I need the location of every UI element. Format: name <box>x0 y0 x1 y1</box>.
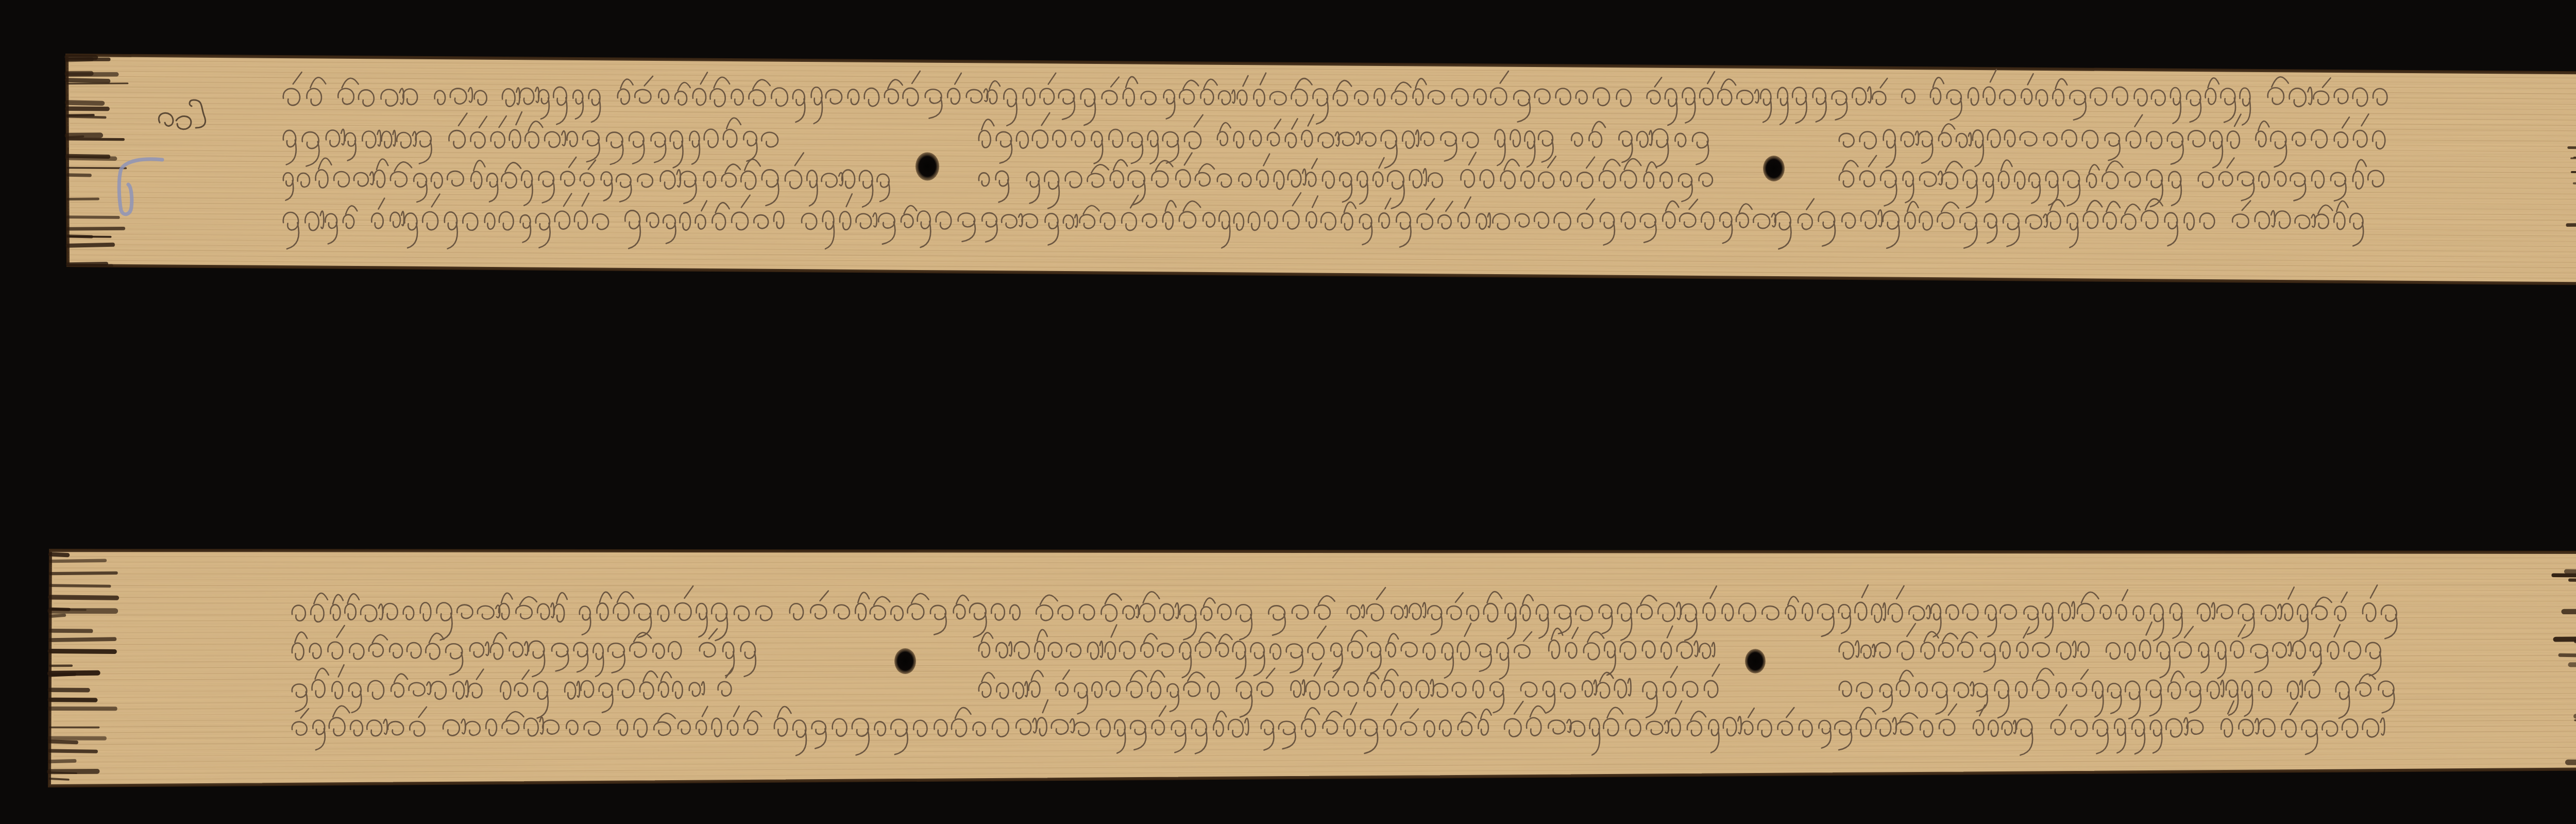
frayed-edge <box>50 673 98 674</box>
frayed-edge <box>67 83 128 84</box>
frayed-edge <box>67 137 83 137</box>
frayed-edge <box>2568 225 2576 225</box>
frayed-edge <box>2560 655 2576 656</box>
frayed-edge <box>67 175 90 175</box>
frayed-edge <box>2569 147 2576 148</box>
frayed-edge <box>67 103 102 103</box>
frayed-edge <box>68 265 112 265</box>
frayed-edge <box>50 639 114 640</box>
frayed-edge <box>68 245 113 246</box>
frayed-edge <box>68 236 92 237</box>
string-hole <box>1763 156 1785 181</box>
frayed-edge <box>50 651 114 651</box>
palm-leaf: ပေါ်6ဥာဏ်ကြီးရှင်ကြေ ကျောက်သော ပြုသွား လ… <box>67 55 2576 284</box>
frayed-edge <box>2574 183 2576 184</box>
string-hole <box>1745 649 1766 674</box>
frayed-edge <box>2571 157 2576 158</box>
frayed-edge <box>68 228 124 229</box>
frayed-edge <box>67 109 108 109</box>
frayed-edge <box>67 116 106 117</box>
frayed-edge <box>2570 580 2576 581</box>
leaf-fibre <box>54 580 2576 580</box>
frayed-edge <box>67 168 126 169</box>
palm-leaf: ပေါ်ရသ်သိမ္မေ ဥဏ်လုပ်ဂီ ...ဇုဒ္ဓိ ဘဂ္ဂဝေ… <box>49 550 2576 786</box>
frayed-edge <box>68 217 118 217</box>
frayed-edge <box>49 742 76 743</box>
frayed-edge <box>50 554 67 555</box>
frayed-edge <box>50 597 117 598</box>
frayed-edge <box>2553 575 2576 576</box>
frayed-edge <box>49 761 75 761</box>
frayed-edge <box>67 139 124 140</box>
manuscript-photo: ပေါ်6ဥာဏ်ကြီးရှင်ကြေ ကျောက်သော ပြုသွား လ… <box>0 0 2576 824</box>
string-hole <box>916 153 939 181</box>
frayed-edge <box>49 779 69 780</box>
manuscript-canvas: ပေါ်6ဥာဏ်ကြီးရှင်ကြေ ကျောက်သော ပြုသွား လ… <box>0 0 2576 824</box>
frayed-edge <box>49 771 97 772</box>
frayed-edge <box>50 690 88 691</box>
string-hole <box>894 648 916 674</box>
frayed-edge <box>67 158 115 159</box>
frayed-edge <box>67 57 95 58</box>
frayed-edge <box>2572 172 2576 173</box>
frayed-edge <box>49 751 96 751</box>
frayed-edge <box>50 561 105 561</box>
frayed-edge <box>2566 571 2576 573</box>
frayed-edge <box>50 700 96 700</box>
frayed-edge <box>49 772 76 773</box>
frayed-edge <box>67 80 108 81</box>
frayed-edge <box>2556 639 2576 640</box>
frayed-edge <box>50 585 110 586</box>
frayed-edge <box>50 615 64 616</box>
frayed-edge <box>50 573 116 574</box>
